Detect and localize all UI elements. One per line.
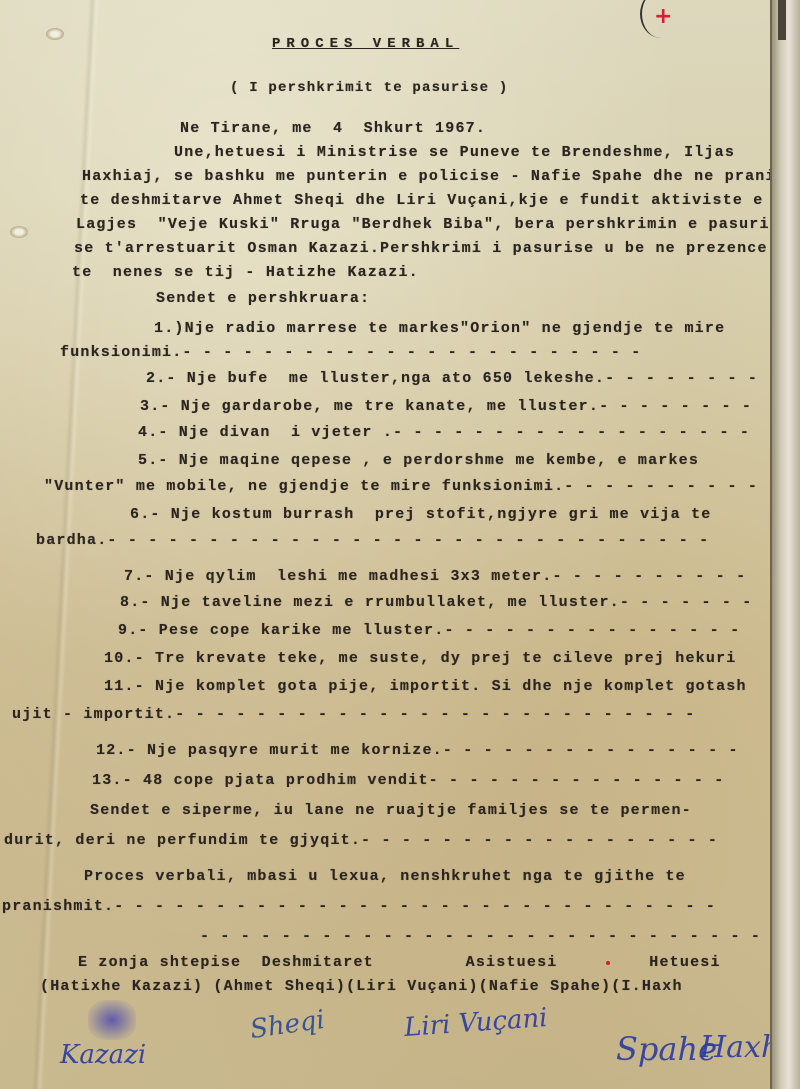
item-line: 5.- Nje maqine qepese , e perdorshme me … — [138, 452, 699, 469]
item-line: bardha.- - - - - - - - - - - - - - - - -… — [36, 532, 709, 549]
item-line: 12.- Nje pasqyre murit me kornize.- - - … — [96, 742, 739, 759]
place-date: Ne Tirane, me 4 Shkurt 1967. — [180, 120, 486, 137]
items-heading: Sendet e pershkruara: — [156, 290, 370, 307]
intro-line: Haxhiaj, se bashku me punterin e policis… — [82, 168, 776, 185]
closing-line: Sendet e siperme, iu lane ne ruajtje fam… — [90, 802, 692, 819]
item-line: 7.- Nje qylim leshi me madhesi 3x3 meter… — [124, 568, 746, 585]
item-line: 3.- Nje gardarobe, me tre kanate, me llu… — [140, 398, 752, 415]
folder-clip — [778, 0, 786, 40]
intro-line: te nenes se tij - Hatizhe Kazazi. — [72, 264, 419, 281]
signatory-names: (Hatixhe Kazazi) (Ahmet Sheqi)(Liri Vuça… — [40, 978, 683, 995]
intro-line: Lagjes "Veje Kuski" Rruga "Berdhek Biba"… — [76, 216, 790, 233]
document-page: + PROCES VERBAL ( I pershkrimit te pasur… — [0, 0, 772, 1089]
red-ink-dot — [606, 961, 610, 965]
item-line: 8.- Nje taveline mezi e rrumbullaket, me… — [120, 594, 753, 611]
item-line: ujit - importit.- - - - - - - - - - - - … — [12, 706, 696, 723]
item-line: 10.- Tre krevate teke, me suste, dy prej… — [104, 650, 737, 667]
signatory-roles: E zonja shtepise Deshmitaret Asistuesi H… — [78, 954, 721, 971]
document-subtitle: ( I pershkrimit te pasurise ) — [230, 80, 508, 96]
signature-sheqi: Sheqi — [248, 1005, 326, 1045]
intro-line: se t'arrestuarit Osman Kazazi.Pershkrimi… — [74, 240, 768, 257]
item-line: 13.- 48 cope pjata prodhim vendit- - - -… — [92, 772, 725, 789]
closing-line: Proces verbali, mbasi u lexua, nenshkruh… — [84, 868, 686, 885]
item-line: 11.- Nje komplet gota pije, importit. Si… — [104, 678, 747, 695]
folder-edge — [770, 0, 800, 1089]
item-line: "Vunter" me mobile, ne gjendje te mire f… — [44, 478, 758, 495]
punch-hole — [10, 226, 28, 238]
ink-stamp — [88, 1000, 136, 1040]
item-line: 2.- Nje bufe me lluster,nga ato 650 leke… — [146, 370, 758, 387]
closing-line: - - - - - - - - - - - - - - - - - - - - … — [200, 928, 800, 945]
item-line: 6.- Nje kostum burrash prej stofit,ngjyr… — [130, 506, 711, 523]
signature-vucani: Liri Vuçani — [403, 1003, 548, 1043]
item-line: 9.- Pese cope karike me lluster.- - - - … — [118, 622, 740, 639]
intro-line: Une,hetuesi i Ministrise se Puneve te Br… — [174, 144, 735, 161]
closing-line: durit, deri ne perfundim te gjyqit.- - -… — [4, 832, 718, 849]
closing-line: pranishmit.- - - - - - - - - - - - - - -… — [2, 898, 716, 915]
red-cross-mark: + — [654, 4, 672, 29]
intro-line: te deshmitarve Ahmet Sheqi dhe Liri Vuça… — [80, 192, 764, 209]
item-line: funksionimi.- - - - - - - - - - - - - - … — [60, 344, 641, 361]
punch-hole — [46, 28, 64, 40]
item-line: 1.)Nje radio marrese te markes"Orion" ne… — [154, 320, 725, 337]
document-title: PROCES VERBAL — [272, 36, 459, 52]
item-line: 4.- Nje divan i vjeter .- - - - - - - - … — [138, 424, 750, 441]
signature-kazazi: Kazazi — [60, 1040, 146, 1070]
